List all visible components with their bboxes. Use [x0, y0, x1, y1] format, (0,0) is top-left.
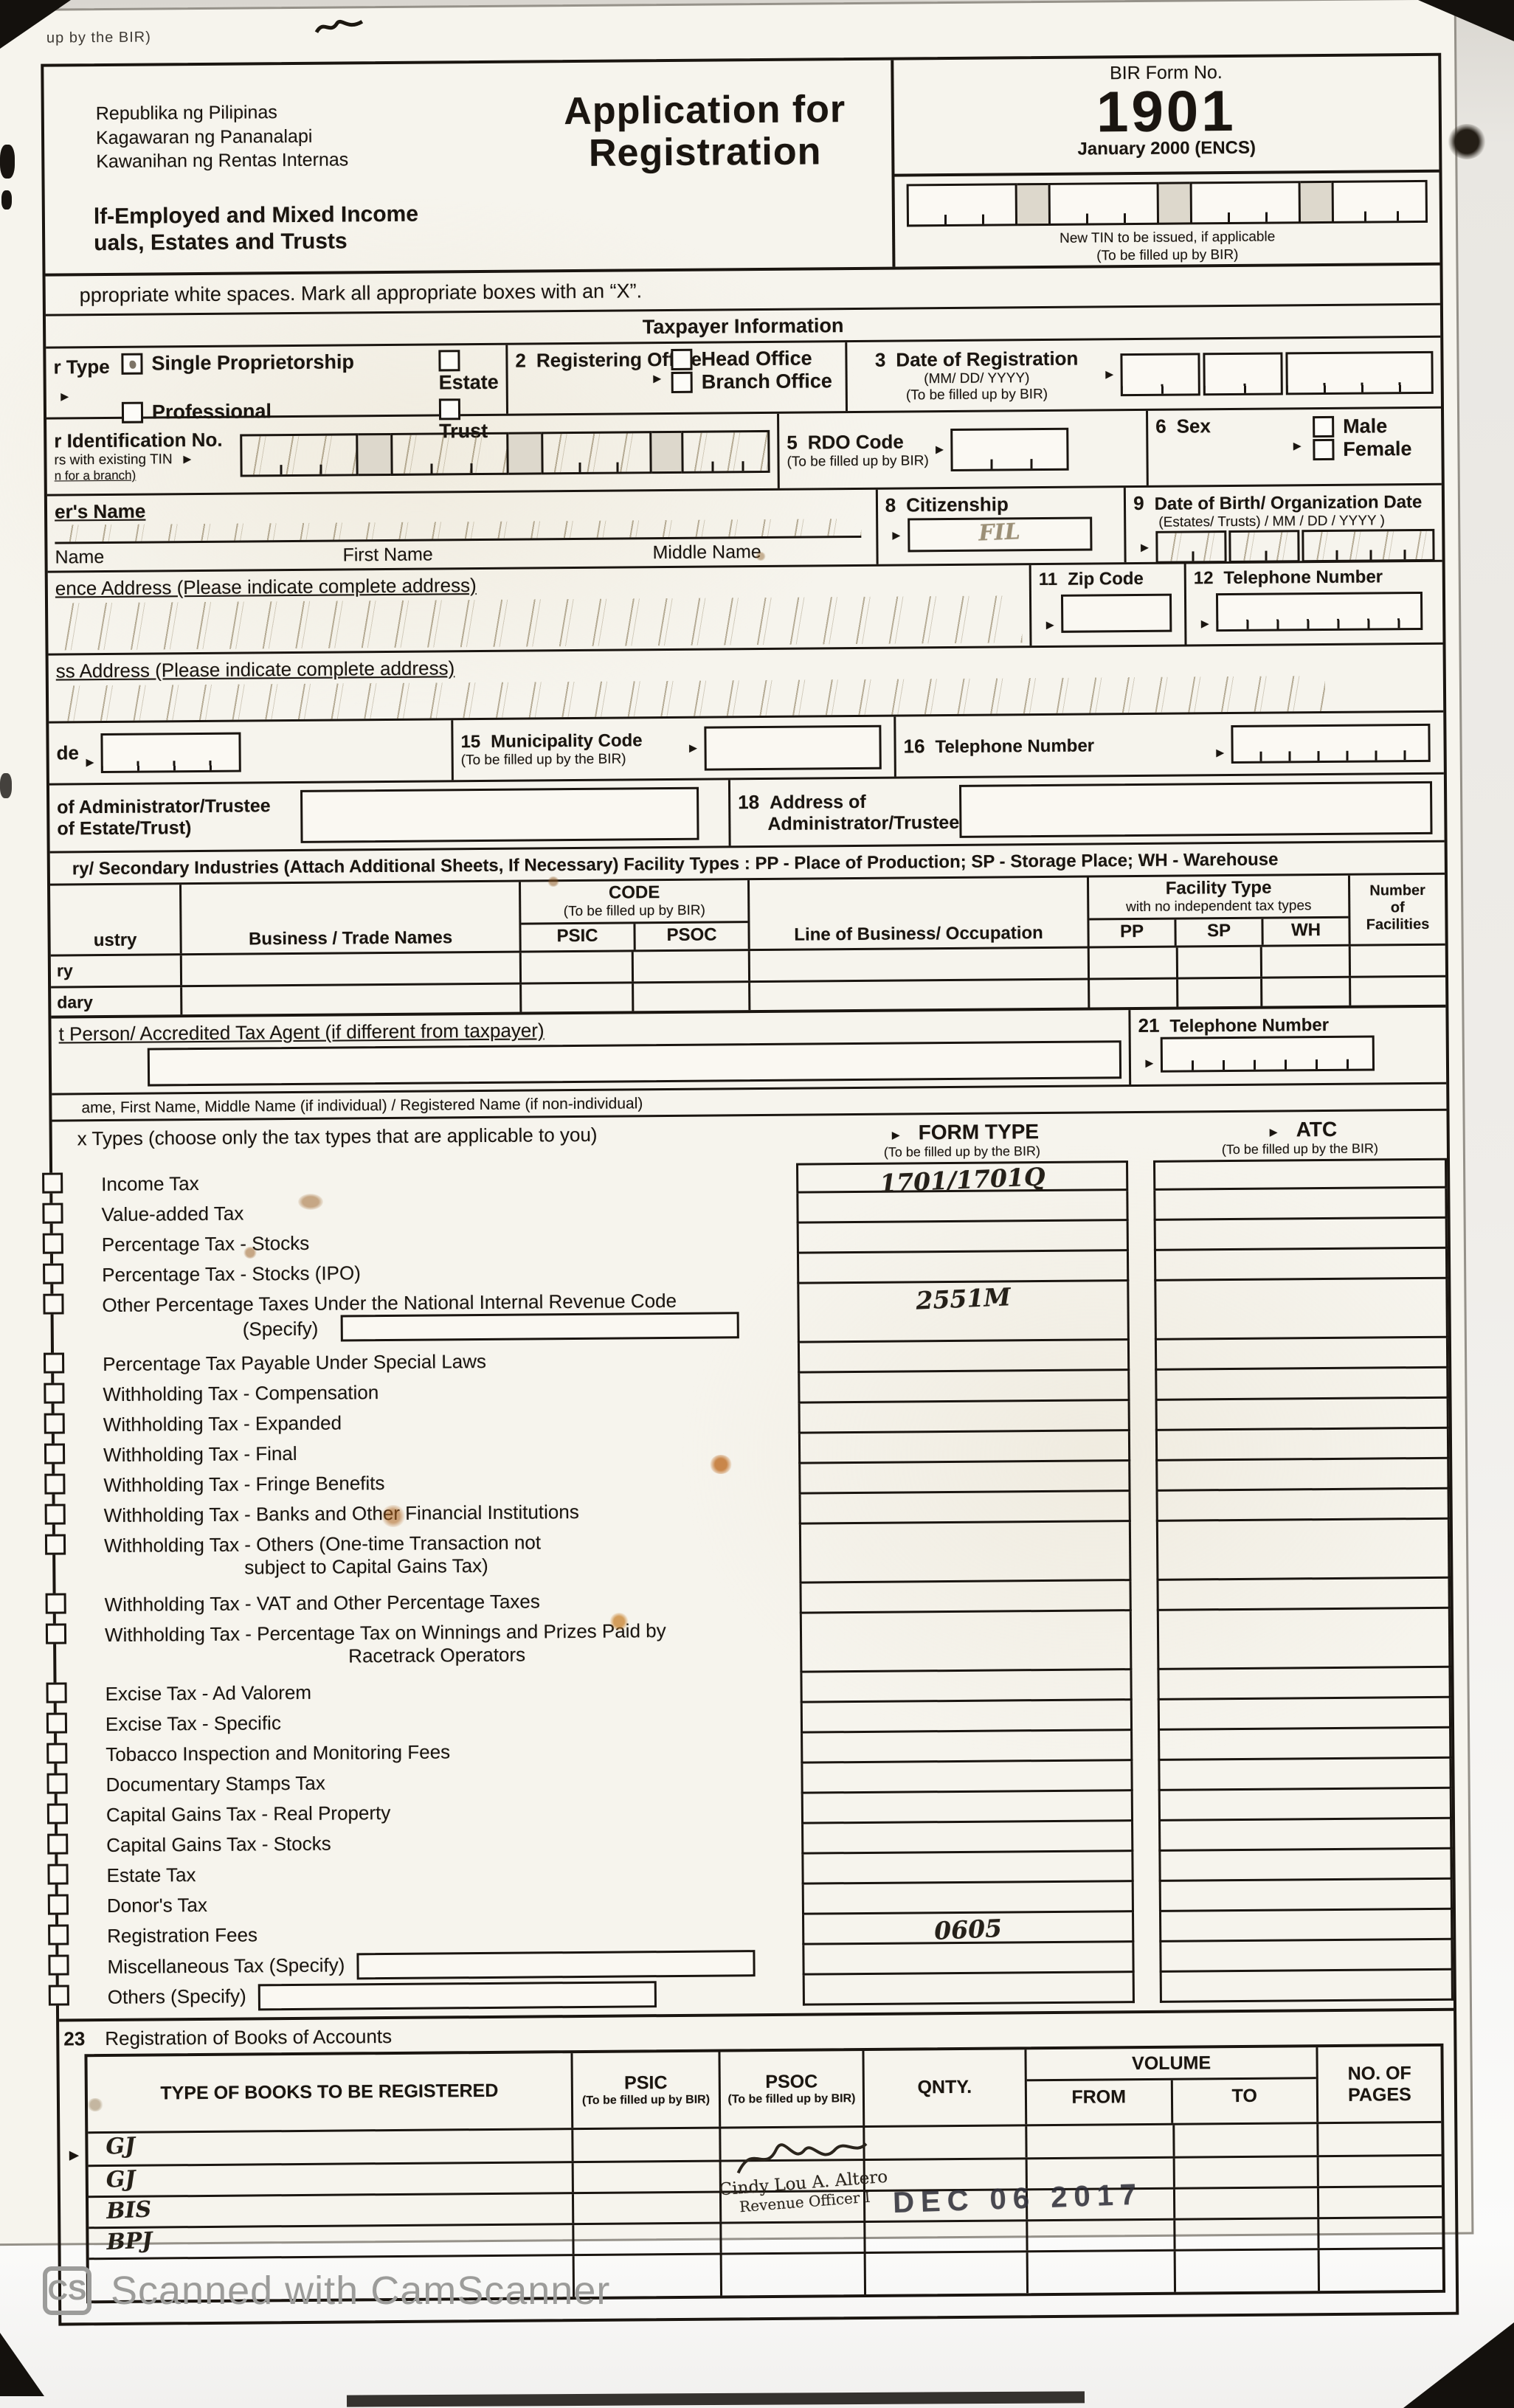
handwritten-book-type: BPJ [106, 2227, 153, 2255]
margin-checkbox[interactable] [45, 1534, 66, 1554]
zip-code2-box[interactable] [101, 732, 241, 772]
form-type-cell[interactable] [797, 1221, 1129, 1254]
form-title: Application for Registration [518, 60, 892, 270]
margin-checkbox[interactable] [43, 1233, 63, 1253]
specify-input-box[interactable] [340, 1312, 739, 1341]
checkbox-estate[interactable] [438, 350, 460, 371]
form-type-cell[interactable]: 2551M [797, 1281, 1130, 1343]
municipality-code-box[interactable] [704, 724, 881, 770]
agency-line: Kagawaran ng Pananalapi [96, 122, 519, 150]
paper-stain [609, 1613, 629, 1630]
form-type-cell[interactable] [798, 1371, 1130, 1404]
scan-blob-artifact [1448, 124, 1486, 159]
scan-blob-artifact [0, 145, 15, 179]
form-type-cell[interactable] [801, 1852, 1133, 1885]
form-type-cell[interactable]: 0605 [802, 1912, 1134, 1945]
taxpayer-type-label: r Type [53, 356, 109, 378]
form-type-cell[interactable] [801, 1701, 1133, 1734]
camscanner-watermark: CS Scanned with CamScanner [43, 2266, 610, 2315]
tax-type-row: Withholding Tax - Percentage Tax on Winn… [56, 1609, 1451, 1679]
new-tin-boxes[interactable] [895, 180, 1439, 227]
agency-line: Kawanihan ng Rentas Internas [96, 147, 519, 174]
bir-form-1901: Republika ng Pilipinas Kagawaran ng Pana… [41, 53, 1459, 2326]
contact-person-box[interactable] [148, 1040, 1121, 1086]
form-type-cell[interactable] [801, 1731, 1133, 1764]
sex-label: Sex [1177, 415, 1211, 437]
citizenship-box[interactable]: FIL [908, 516, 1092, 552]
tax-type-label: Withholding Tax - Others (One-time Trans… [66, 1525, 800, 1590]
handwritten-book-type: GJ [106, 2166, 136, 2193]
new-tin-area: New TIN to be issued, if applicable (To … [895, 173, 1440, 267]
tax-type-list: Income Tax1701/1701QValue-added TaxPerce… [52, 1158, 1453, 2022]
zip-code-box[interactable] [1061, 594, 1172, 633]
scanned-form-page: up by the BIR) Republika ng Pilipinas Ka… [0, 0, 1473, 2246]
zip-fragment-label: de [56, 741, 79, 764]
atc-cell[interactable] [1158, 1729, 1451, 1761]
cut-off-header-fragment: up by the BIR) [46, 29, 151, 46]
form-type-cell[interactable] [802, 1942, 1134, 1976]
atc-cell[interactable] [1156, 1579, 1450, 1611]
books-section-number: 23 [63, 2027, 105, 2050]
date-of-registration-label: Date of Registration [896, 347, 1078, 371]
paper-stain [381, 1505, 406, 1527]
form-number-box: BIR Form No. 1901 January 2000 (ENCS) [893, 56, 1439, 177]
form-type-cell[interactable] [799, 1492, 1131, 1525]
form-type-cell[interactable] [802, 1882, 1134, 1915]
telephone-box[interactable] [1216, 592, 1423, 632]
atc-cell[interactable] [1155, 1429, 1449, 1461]
telephone2-label: Telephone Number [935, 736, 1094, 757]
scan-edge-artifact [347, 2391, 1085, 2407]
admin-trustee-name-box[interactable] [300, 786, 699, 843]
specify-input-box[interactable] [356, 1950, 755, 1979]
form-type-cell[interactable] [800, 1670, 1132, 1703]
tin-boxes[interactable] [240, 429, 770, 477]
margin-checkbox[interactable] [48, 1894, 69, 1914]
arrow-icon: ► [1267, 1125, 1280, 1140]
atc-cell[interactable] [1155, 1369, 1448, 1401]
handwritten-book-type: GJ [106, 2133, 136, 2160]
admin-address-label: Address of [770, 791, 866, 812]
form-number: 1901 [894, 82, 1439, 141]
residence-address-label: ence Address (Please indicate complete a… [55, 570, 1022, 600]
margin-checkbox[interactable] [49, 1985, 69, 2005]
atc-cell[interactable] [1159, 1910, 1453, 1942]
margin-checkbox[interactable] [44, 1443, 65, 1464]
atc-cell[interactable] [1159, 1940, 1453, 1973]
atc-cell[interactable] [1155, 1399, 1449, 1431]
form-type-cell[interactable] [803, 1973, 1135, 2006]
form-subtitle: lf-Employed and Mixed Income uals, Estat… [94, 201, 419, 257]
rdo-code-label: RDO Code [808, 430, 904, 453]
margin-checkbox[interactable] [46, 1682, 67, 1703]
atc-cell[interactable] [1158, 1850, 1452, 1882]
margin-checkbox[interactable] [42, 1203, 63, 1223]
form-type-cell[interactable] [798, 1401, 1130, 1434]
tax-type-label: Withholding Tax - Percentage Tax on Winn… [66, 1614, 801, 1679]
atc-cell[interactable] [1158, 1759, 1451, 1791]
paper-stain [710, 1455, 732, 1474]
admin-trustee-label: of Administrator/Trustee [57, 795, 300, 818]
camscanner-logo-icon: CS [43, 2266, 91, 2315]
zip-code-label: Zip Code [1068, 569, 1144, 589]
handwritten-form-type: 2551M [915, 1282, 1011, 1315]
margin-checkbox[interactable] [44, 1383, 64, 1403]
form-type-cell[interactable]: 1701/1701Q [796, 1160, 1128, 1194]
contact-telephone-label: Telephone Number [1169, 1015, 1329, 1037]
form-type-cell[interactable] [798, 1340, 1130, 1374]
date-of-registration-boxes[interactable] [1120, 350, 1433, 395]
telephone-label: Telephone Number [1223, 567, 1383, 588]
margin-checkbox[interactable] [44, 1413, 65, 1433]
margin-checkbox[interactable] [47, 1864, 68, 1884]
form-type-cell[interactable] [798, 1431, 1130, 1464]
margin-checkbox[interactable] [42, 1172, 63, 1193]
municipality-code-label: Municipality Code [491, 730, 643, 752]
tax-type-row: Other Percentage Taxes Under the Nationa… [53, 1279, 1448, 1349]
books-section-title: Registration of Books of Accounts [105, 2025, 392, 2050]
contact-telephone-box[interactable] [1161, 1036, 1375, 1073]
paper-stain [87, 2098, 103, 2111]
form-type-cell[interactable] [800, 1611, 1133, 1673]
form-type-cell[interactable] [797, 1251, 1129, 1284]
atc-cell[interactable] [1154, 1279, 1448, 1340]
paper-stain [547, 876, 559, 887]
tax-type-label: Others (Specify) [69, 1976, 803, 2012]
arrow-icon: ► [66, 2145, 82, 2165]
tax-type-row: Withholding Tax - Others (One-time Trans… [55, 1520, 1451, 1590]
dob-boxes[interactable] [1155, 529, 1434, 564]
margin-checkbox[interactable] [44, 1352, 64, 1373]
atc-cell[interactable] [1155, 1459, 1449, 1492]
specify-input-box[interactable] [258, 1981, 657, 2010]
margin-checkbox[interactable] [43, 1263, 63, 1284]
rdo-code-box[interactable] [950, 427, 1068, 471]
paper-stain [243, 1247, 257, 1259]
atc-cell[interactable] [1156, 1520, 1451, 1581]
atc-cell[interactable] [1155, 1338, 1448, 1371]
checkbox-single-proprietorship[interactable] [121, 353, 142, 375]
revenue-officer-signature: Cindy Lou A. Altero Revenue Officer I [704, 2127, 901, 2218]
margin-checkbox[interactable] [47, 1803, 68, 1824]
paper-stain [756, 552, 766, 561]
form-type-cell[interactable] [801, 1761, 1133, 1794]
handwritten-form-type: 0605 [933, 1914, 1002, 1945]
form-type-cell[interactable] [801, 1821, 1133, 1855]
form-type-cell[interactable] [801, 1791, 1133, 1824]
atc-cell[interactable] [1157, 1668, 1451, 1701]
scan-corner-artifact [0, 2333, 44, 2396]
atc-cell[interactable] [1158, 1789, 1452, 1821]
form-header: Republika ng Pilipinas Kagawaran ng Pana… [44, 56, 1439, 277]
margin-checkbox[interactable] [44, 1473, 65, 1494]
residence-address-writearea[interactable] [55, 595, 1022, 650]
margin-checkbox[interactable] [48, 1954, 69, 1975]
checkbox-male[interactable] [1313, 416, 1334, 437]
atc-cell[interactable] [1159, 1880, 1453, 1912]
books-table: ► TYPE OF BOOKS TO BE REGISTERED PSIC(To… [84, 2044, 1445, 2303]
tin-label: r Identification No. [54, 429, 240, 453]
margin-checkbox[interactable] [46, 1593, 66, 1613]
atc-cell[interactable] [1158, 1698, 1451, 1731]
tax-type-label: Other Percentage Taxes Under the Nationa… [63, 1284, 798, 1349]
scan-blob-artifact [1, 190, 12, 210]
dob-label: Date of Birth/ Organization Date [1155, 492, 1423, 514]
form-type-cell[interactable] [799, 1581, 1131, 1614]
atc-cell[interactable] [1160, 1971, 1453, 2003]
form-type-cell[interactable] [799, 1522, 1132, 1584]
margin-checkbox[interactable] [46, 1773, 67, 1793]
atc-cell[interactable] [1158, 1819, 1452, 1852]
agency-line: Republika ng Pilipinas [96, 99, 519, 126]
margin-checkbox[interactable] [47, 1833, 68, 1854]
margin-checkbox[interactable] [46, 1623, 66, 1644]
checkbox-female[interactable] [1313, 439, 1334, 460]
arrow-icon: ► [889, 1128, 902, 1143]
handwritten-book-type: BIS [106, 2197, 152, 2225]
checkbox-head-office[interactable] [671, 349, 692, 370]
margin-checkbox[interactable] [43, 1293, 63, 1314]
admin-trustee-address-box[interactable] [959, 781, 1433, 837]
scan-blob-artifact [0, 773, 12, 798]
margin-checkbox[interactable] [48, 1924, 69, 1945]
citizenship-label: Citizenship [906, 493, 1009, 516]
pen-scribble [314, 15, 365, 38]
paper-stain [298, 1194, 323, 1210]
atc-cell[interactable] [1156, 1490, 1450, 1522]
industry-table: ustry Business / Trade Names CODE(To be … [50, 875, 1445, 1019]
form-type-cell[interactable] [796, 1191, 1128, 1224]
atc-cell[interactable] [1154, 1249, 1448, 1281]
checkbox-branch-office[interactable] [671, 372, 693, 393]
telephone2-box[interactable] [1231, 723, 1430, 763]
margin-checkbox[interactable] [46, 1743, 67, 1763]
atc-cell[interactable] [1153, 1158, 1447, 1191]
scan-corner-artifact [1403, 2322, 1514, 2408]
margin-checkbox[interactable] [45, 1504, 66, 1524]
atc-cell[interactable] [1154, 1219, 1448, 1251]
atc-cell[interactable] [1153, 1189, 1447, 1221]
atc-cell[interactable] [1157, 1609, 1451, 1670]
form-type-cell[interactable] [798, 1461, 1130, 1495]
margin-checkbox[interactable] [46, 1712, 67, 1733]
